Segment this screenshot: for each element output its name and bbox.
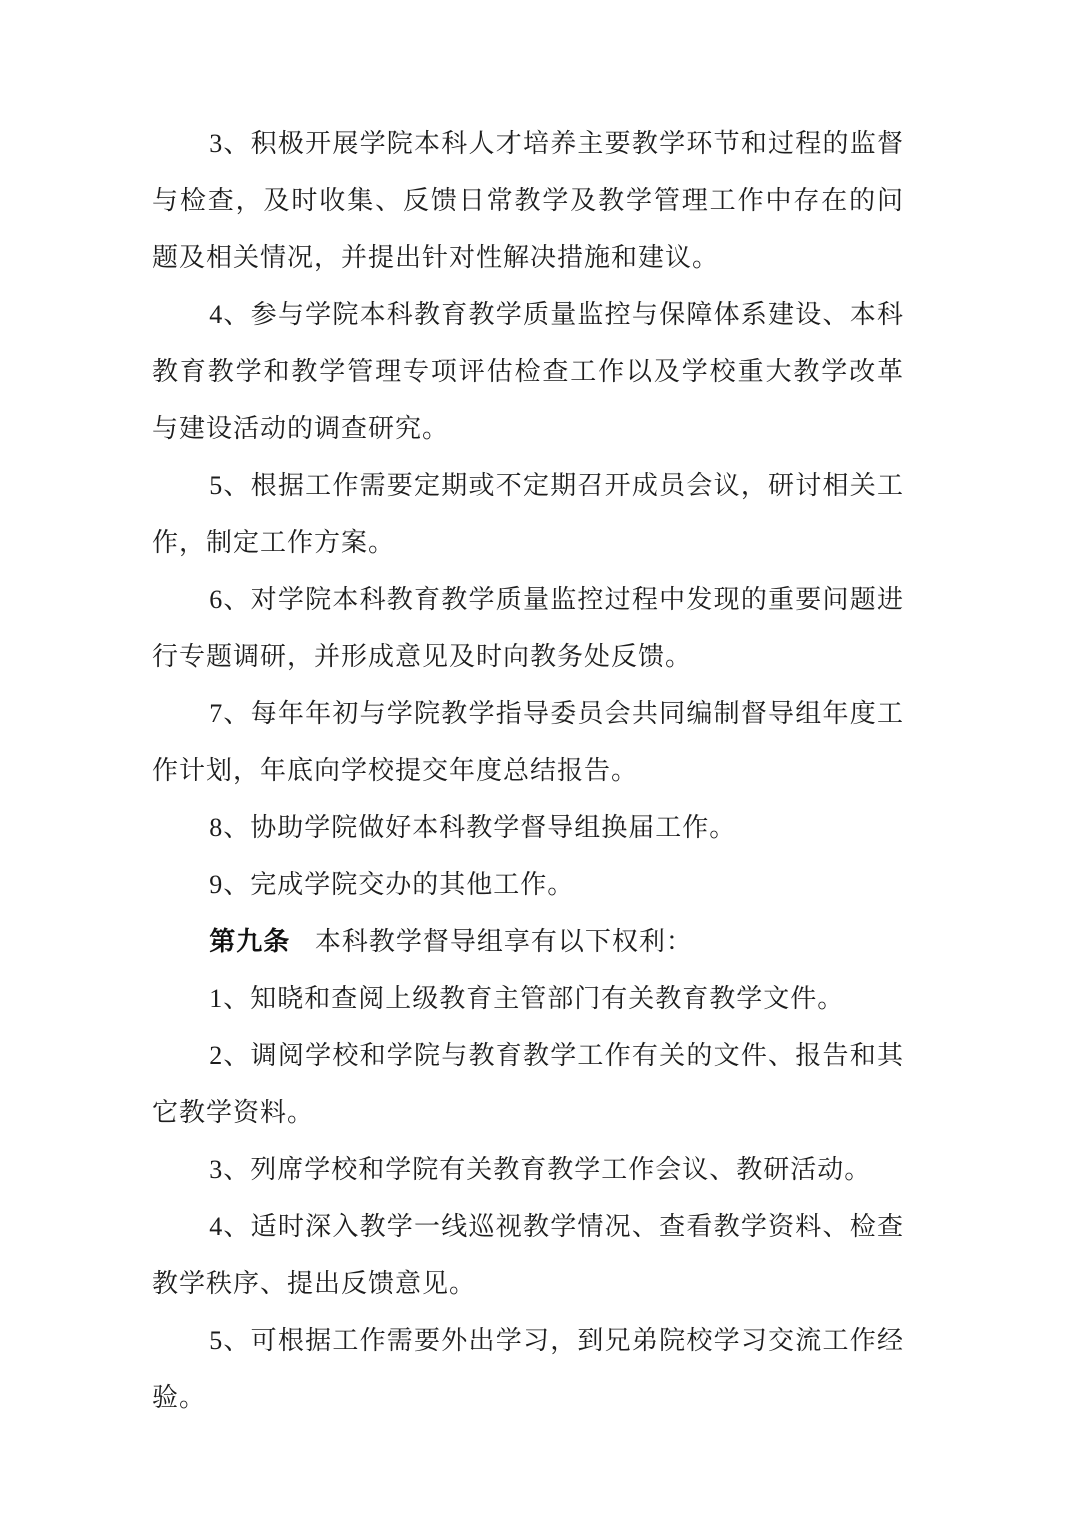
paragraph-text: 4、参与学院本科教育教学质量监控与保障体系建设、本科教育教学和教学管理专项评估检… — [152, 300, 904, 443]
paragraph-text: 4、适时深入教学一线巡视教学情况、查看教学资料、检查教学秩序、提出反馈意见。 — [152, 1212, 904, 1298]
paragraph: 1、知晓和查阅上级教育主管部门有关教育教学文件。 — [152, 970, 904, 1027]
paragraph-text: 8、协助学院做好本科教学督导组换届工作。 — [209, 813, 736, 842]
paragraph: 第九条本科教学督导组享有以下权利： — [152, 913, 904, 970]
document-page: 3、积极开展学院本科人才培养主要教学环节和过程的监督与检查，及时收集、反馈日常教… — [0, 0, 1074, 1520]
paragraph: 3、列席学校和学院有关教育教学工作会议、教研活动。 — [152, 1141, 904, 1198]
paragraph-text: 3、积极开展学院本科人才培养主要教学环节和过程的监督与检查，及时收集、反馈日常教… — [152, 129, 904, 272]
paragraph-text: 7、每年年初与学院教学指导委员会共同编制督导组年度工作计划，年底向学校提交年度总… — [152, 699, 904, 785]
paragraph-text: 2、调阅学校和学院与教育教学工作有关的文件、报告和其它教学资料。 — [152, 1041, 904, 1127]
paragraph: 4、适时深入教学一线巡视教学情况、查看教学资料、检查教学秩序、提出反馈意见。 — [152, 1198, 904, 1312]
paragraph: 7、每年年初与学院教学指导委员会共同编制督导组年度工作计划，年底向学校提交年度总… — [152, 685, 904, 799]
paragraph: 5、根据工作需要定期或不定期召开成员会议，研讨相关工作，制定工作方案。 — [152, 457, 904, 571]
paragraph: 4、参与学院本科教育教学质量监控与保障体系建设、本科教育教学和教学管理专项评估检… — [152, 286, 904, 457]
paragraph: 9、完成学院交办的其他工作。 — [152, 856, 904, 913]
paragraph-text: 5、可根据工作需要外出学习，到兄弟院校学习交流工作经验。 — [152, 1326, 904, 1412]
paragraph-text: 9、完成学院交办的其他工作。 — [209, 870, 574, 899]
article-number-label: 第九条 — [209, 927, 290, 956]
paragraph: 3、积极开展学院本科人才培养主要教学环节和过程的监督与检查，及时收集、反馈日常教… — [152, 115, 904, 286]
paragraph-text: 3、列席学校和学院有关教育教学工作会议、教研活动。 — [209, 1155, 871, 1184]
paragraph-text: 6、对学院本科教育教学质量监控过程中发现的重要问题进行专题调研，并形成意见及时向… — [152, 585, 904, 671]
paragraph: 8、协助学院做好本科教学督导组换届工作。 — [152, 799, 904, 856]
paragraph: 6、对学院本科教育教学质量监控过程中发现的重要问题进行专题调研，并形成意见及时向… — [152, 571, 904, 685]
paragraph-text: 5、根据工作需要定期或不定期召开成员会议，研讨相关工作，制定工作方案。 — [152, 471, 904, 557]
paragraph: 5、可根据工作需要外出学习，到兄弟院校学习交流工作经验。 — [152, 1312, 904, 1426]
document-body: 3、积极开展学院本科人才培养主要教学环节和过程的监督与检查，及时收集、反馈日常教… — [152, 115, 904, 1426]
paragraph-text: 1、知晓和查阅上级教育主管部门有关教育教学文件。 — [209, 984, 844, 1013]
paragraph-text: 本科教学督导组享有以下权利： — [315, 927, 693, 956]
paragraph: 2、调阅学校和学院与教育教学工作有关的文件、报告和其它教学资料。 — [152, 1027, 904, 1141]
